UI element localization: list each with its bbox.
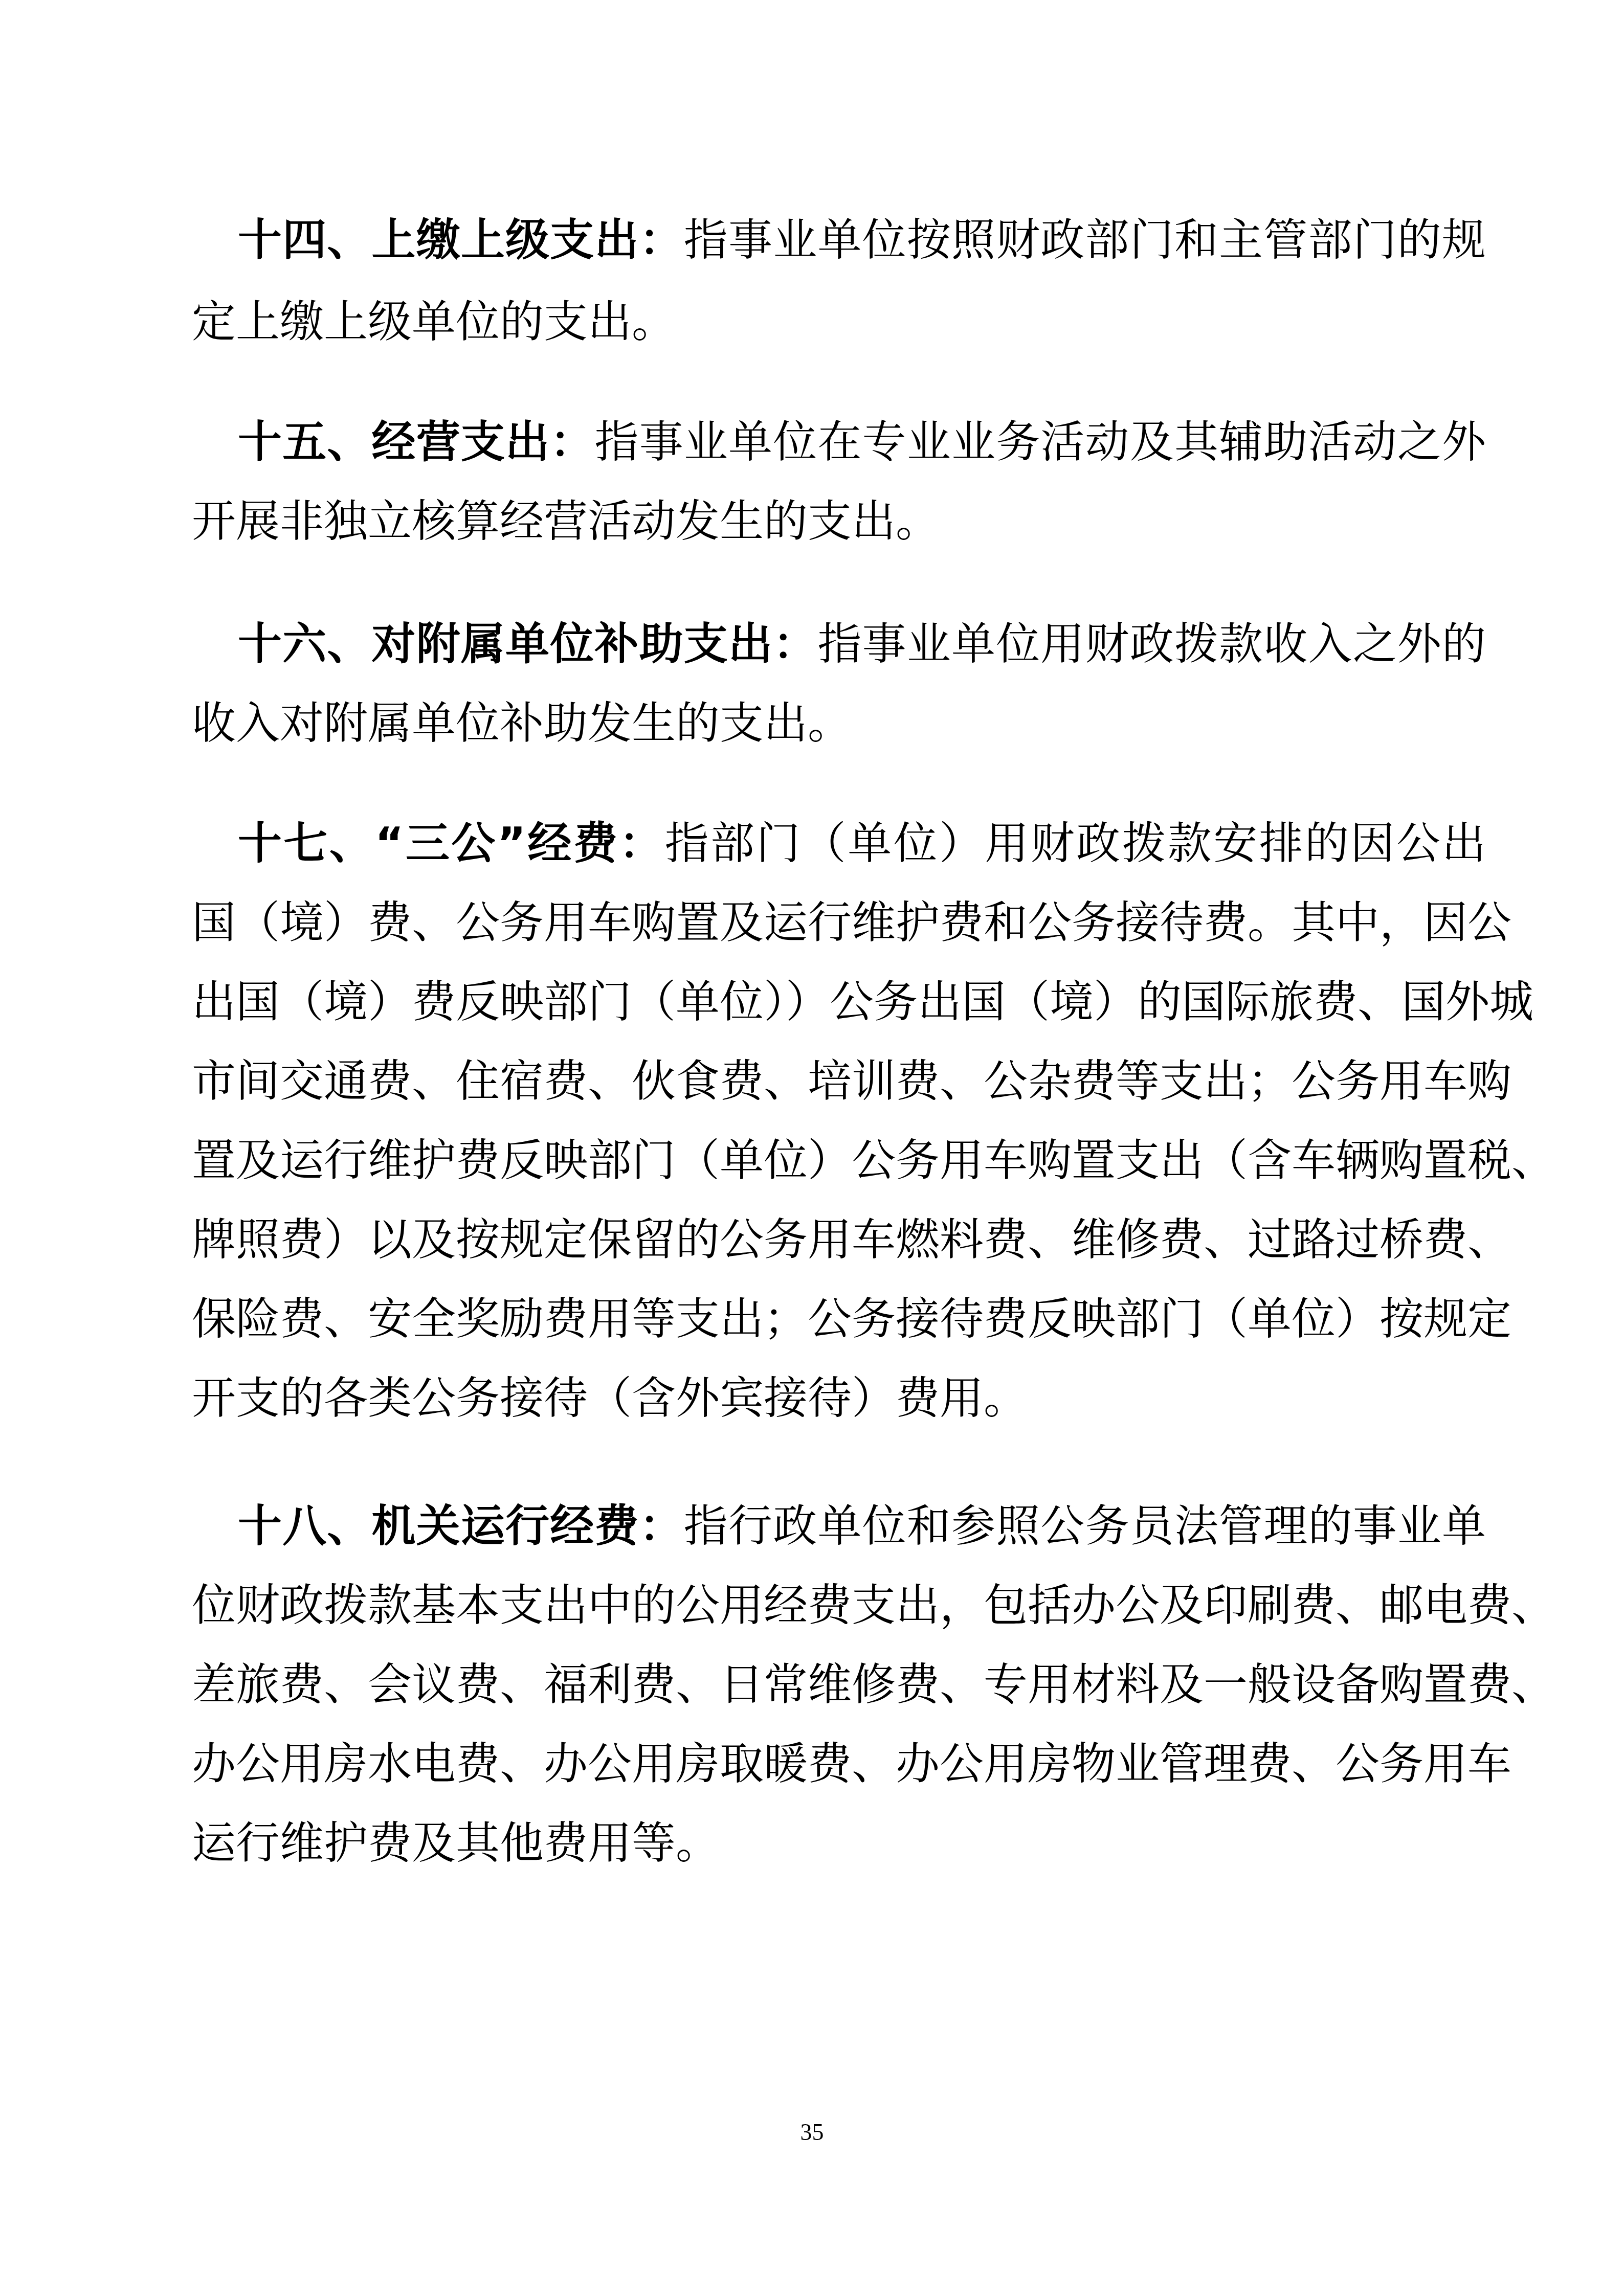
section-15-line-2: 开展非独立核算经营活动发生的支出。 xyxy=(192,496,1486,547)
section-14-text: 指事业单位按照财政部门和主管部门的规 xyxy=(684,215,1486,266)
section-18-line-2: 位财政拨款基本支出中的公用经费支出，包括办公及印刷费、邮电费、 xyxy=(192,1580,1486,1631)
section-17-line-2: 国（境）费、公务用车购置及运行维护费和公务接待费。其中，因公 xyxy=(192,897,1486,949)
section-18-line-5: 运行维护费及其他费用等。 xyxy=(192,1818,1486,1869)
section-17-line-1: 十七、“三公”经费：指部门（单位）用财政拨款安排的因公出 xyxy=(238,818,1486,869)
section-15-line-1: 十五、经营支出：指事业单位在专业业务活动及其辅助活动之外 xyxy=(238,417,1486,468)
section-17-line-8: 开支的各类公务接待（含外宾接待）费用。 xyxy=(192,1373,1486,1424)
section-17-line-4: 市间交通费、住宿费、伙食费、培训费、公杂费等支出；公务用车购 xyxy=(192,1056,1486,1107)
section-14-term: 十四、上缴上级支出： xyxy=(238,215,684,266)
section-14-line-2: 定上缴上级单位的支出。 xyxy=(192,297,1486,348)
section-15-term: 十五、经营支出： xyxy=(238,417,594,468)
section-17-term: 十七、“三公”经费： xyxy=(238,818,665,869)
section-15-text: 指事业单位在专业业务活动及其辅助活动之外 xyxy=(594,417,1486,468)
section-17-text: 指部门（单位）用财政拨款安排的因公出 xyxy=(665,818,1486,869)
section-16-term: 十六、对附属单位补助支出： xyxy=(238,619,817,670)
section-17-line-3: 出国（境）费反映部门（单位））公务出国（境）的国际旅费、国外城 xyxy=(192,977,1486,1028)
section-17-line-5: 置及运行维护费反映部门（单位）公务用车购置支出（含车辆购置税、 xyxy=(192,1135,1486,1186)
section-16-line-1: 十六、对附属单位补助支出：指事业单位用财政拨款收入之外的 xyxy=(238,619,1486,670)
section-18-line-4: 办公用房水电费、办公用房取暖费、办公用房物业管理费、公务用车 xyxy=(192,1739,1486,1790)
section-17-line-7: 保险费、安全奖励费用等支出；公务接待费反映部门（单位）按规定 xyxy=(192,1294,1486,1345)
section-16-text: 指事业单位用财政拨款收入之外的 xyxy=(817,619,1486,670)
section-18-term: 十八、机关运行经费： xyxy=(238,1501,684,1552)
section-14-line-1: 十四、上缴上级支出：指事业单位按照财政部门和主管部门的规 xyxy=(238,215,1486,266)
section-17-line-6: 牌照费）以及按规定保留的公务用车燃料费、维修费、过路过桥费、 xyxy=(192,1214,1486,1266)
page-number: 35 xyxy=(0,2117,1624,2148)
section-18-text: 指行政单位和参照公务员法管理的事业单 xyxy=(684,1501,1486,1552)
section-18-line-3: 差旅费、会议费、福利费、日常维修费、专用材料及一般设备购置费、 xyxy=(192,1659,1486,1710)
section-16-line-2: 收入对附属单位补助发生的支出。 xyxy=(192,698,1486,749)
section-18-line-1: 十八、机关运行经费：指行政单位和参照公务员法管理的事业单 xyxy=(238,1501,1486,1552)
document-page: 十四、上缴上级支出：指事业单位按照财政部门和主管部门的规 定上缴上级单位的支出。… xyxy=(0,0,1624,2296)
